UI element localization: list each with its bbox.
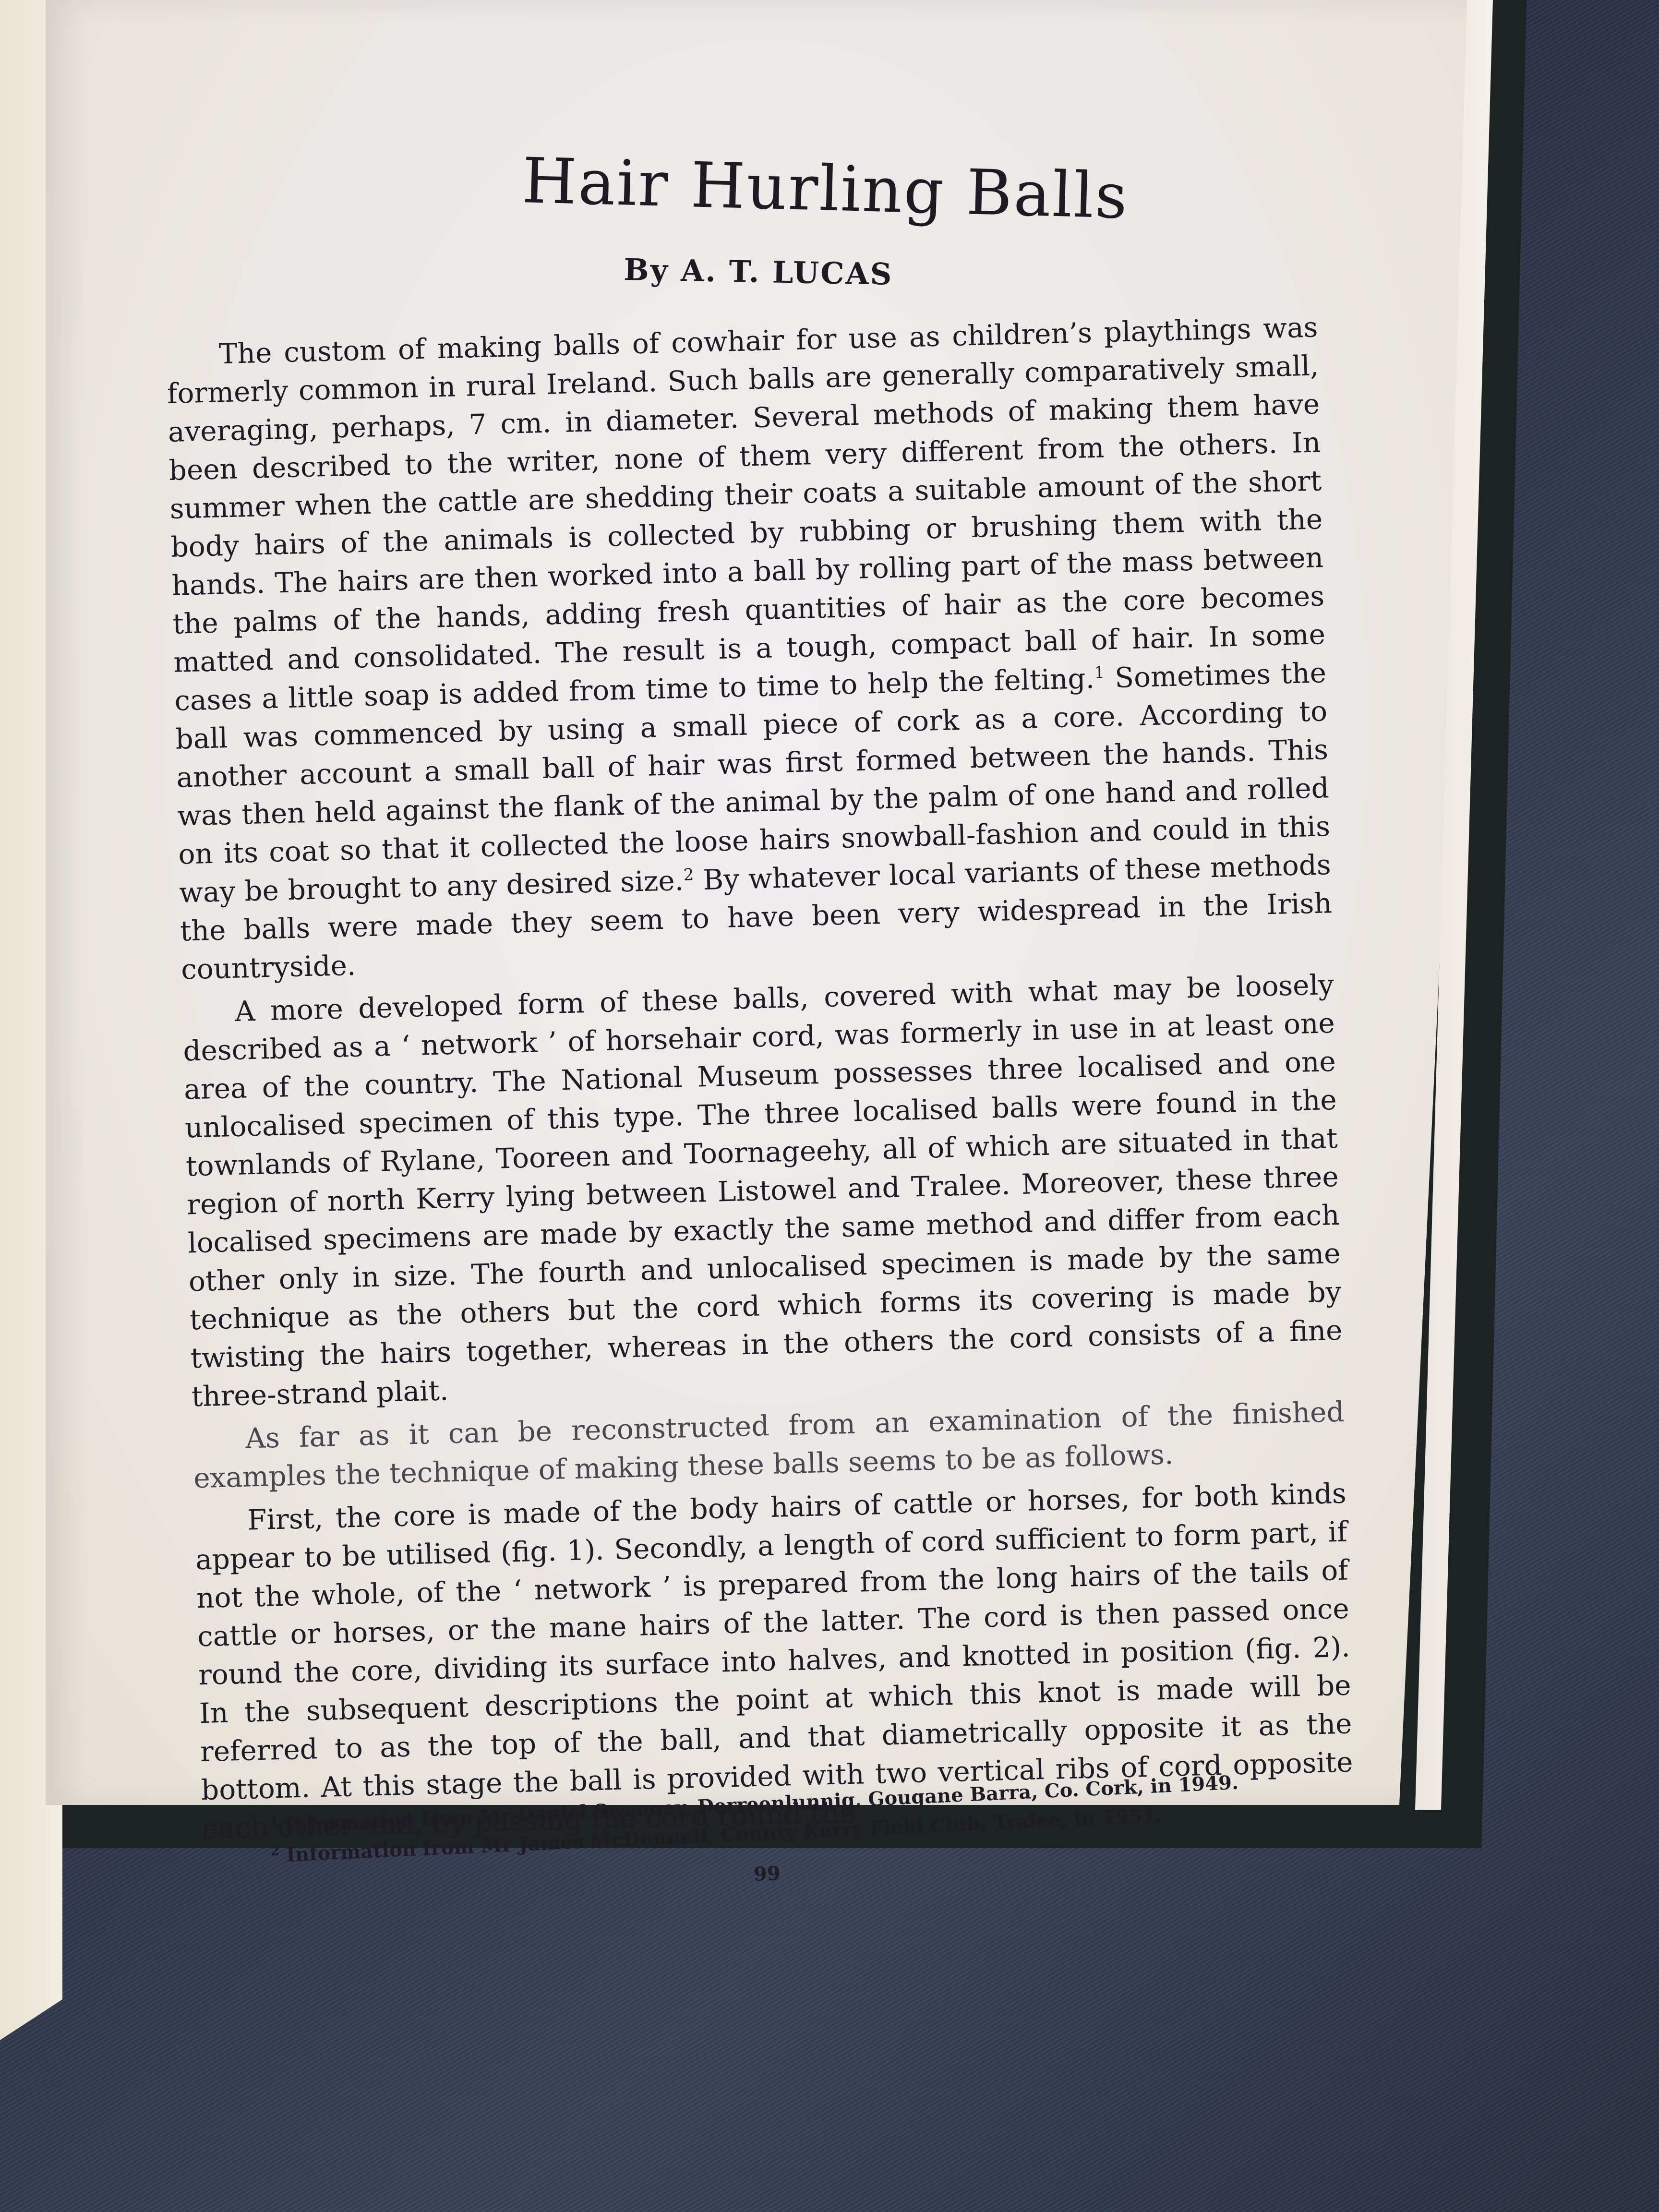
- article-body: The custom of making balls of cowhair fo…: [166, 308, 1354, 1852]
- footnote-2-marker: 2: [270, 1844, 279, 1859]
- paragraph-1-part-3: By whatever local variants of these meth…: [180, 848, 1332, 986]
- footnote-ref-1: 1: [1094, 663, 1105, 683]
- page-number: 99: [753, 1862, 781, 1886]
- article-byline: By A. T. LUCAS: [624, 252, 893, 292]
- footnote-ref-2: 2: [683, 865, 694, 885]
- paragraph-1: The custom of making balls of cowhair fo…: [166, 308, 1334, 988]
- footnote-1-marker: 1: [269, 1815, 278, 1829]
- paragraph-2: A more developed form of these balls, co…: [181, 965, 1344, 1416]
- paragraph-1-part-1: The custom of making balls of cowhair fo…: [167, 311, 1326, 717]
